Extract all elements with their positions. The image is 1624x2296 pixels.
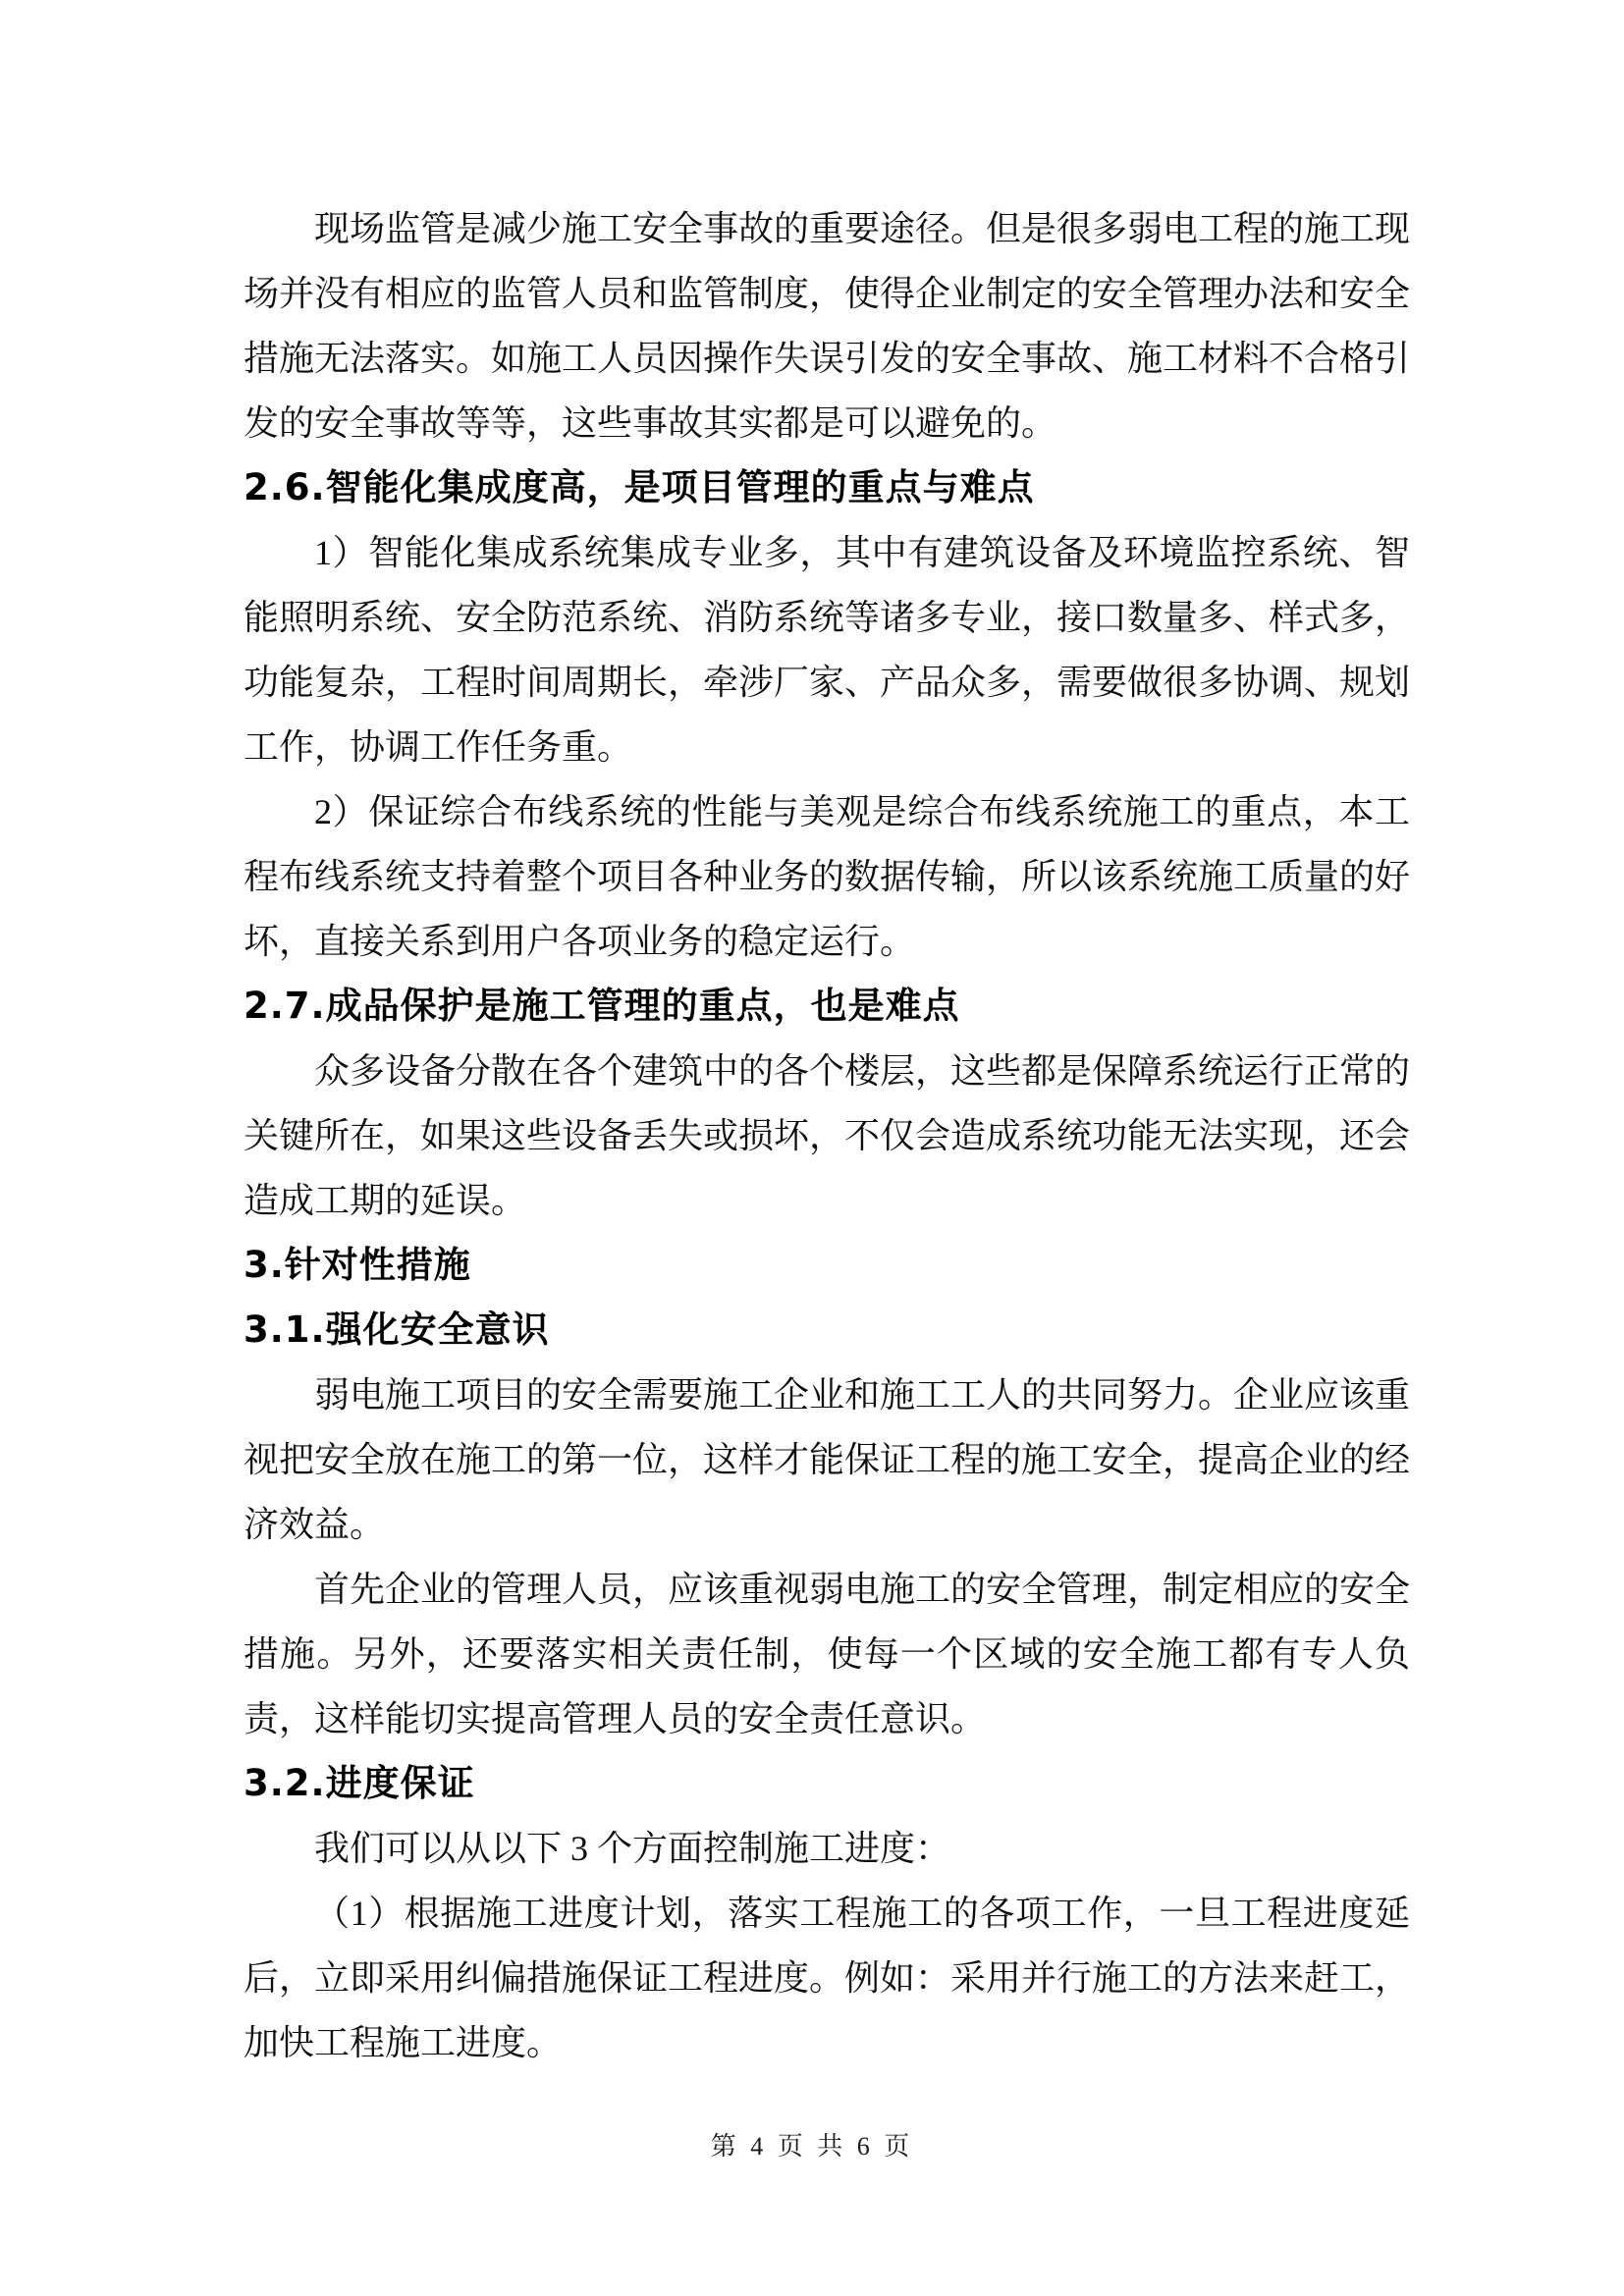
document-page: 现场监管是减少施工安全事故的重要途径。但是很多弱电工程的施工现场并没有相应的监管… xyxy=(0,0,1624,2296)
section-heading: 3.1.强化安全意识 xyxy=(244,1298,1410,1362)
section-heading: 2.7.成品保护是施工管理的重点，也是难点 xyxy=(244,974,1410,1039)
section-heading: 2.6.智能化集成度高，是项目管理的重点与难点 xyxy=(244,455,1410,520)
body-paragraph: 首先企业的管理人员，应该重视弱电施工的安全管理，制定相应的安全措施。另外，还要落… xyxy=(244,1557,1410,1751)
document-body: 现场监管是减少施工安全事故的重要途径。但是很多弱电工程的施工现场并没有相应的监管… xyxy=(244,196,1410,2075)
body-paragraph: 1）智能化集成系统集成专业多，其中有建筑设备及环境监控系统、智能照明系统、安全防… xyxy=(244,520,1410,779)
body-paragraph: 现场监管是减少施工安全事故的重要途径。但是很多弱电工程的施工现场并没有相应的监管… xyxy=(244,196,1410,455)
page-footer: 第 4 页 共 6 页 xyxy=(0,2126,1624,2163)
page-number-label: 第 4 页 共 6 页 xyxy=(711,2132,914,2161)
section-heading: 3.针对性措施 xyxy=(244,1233,1410,1298)
body-paragraph: 弱电施工项目的安全需要施工企业和施工工人的共同努力。企业应该重视把安全放在施工的… xyxy=(244,1362,1410,1557)
body-paragraph: （1）根据施工进度计划，落实工程施工的各项工作，一旦工程进度延后，立即采用纠偏措… xyxy=(244,1881,1410,2075)
section-heading: 3.2.进度保证 xyxy=(244,1751,1410,1816)
body-paragraph: 2）保证综合布线系统的性能与美观是综合布线系统施工的重点，本工程布线系统支持着整… xyxy=(244,779,1410,974)
body-paragraph: 我们可以从以下 3 个方面控制施工进度： xyxy=(244,1816,1410,1881)
body-paragraph: 众多设备分散在各个建筑中的各个楼层，这些都是保障系统运行正常的关键所在，如果这些… xyxy=(244,1039,1410,1233)
